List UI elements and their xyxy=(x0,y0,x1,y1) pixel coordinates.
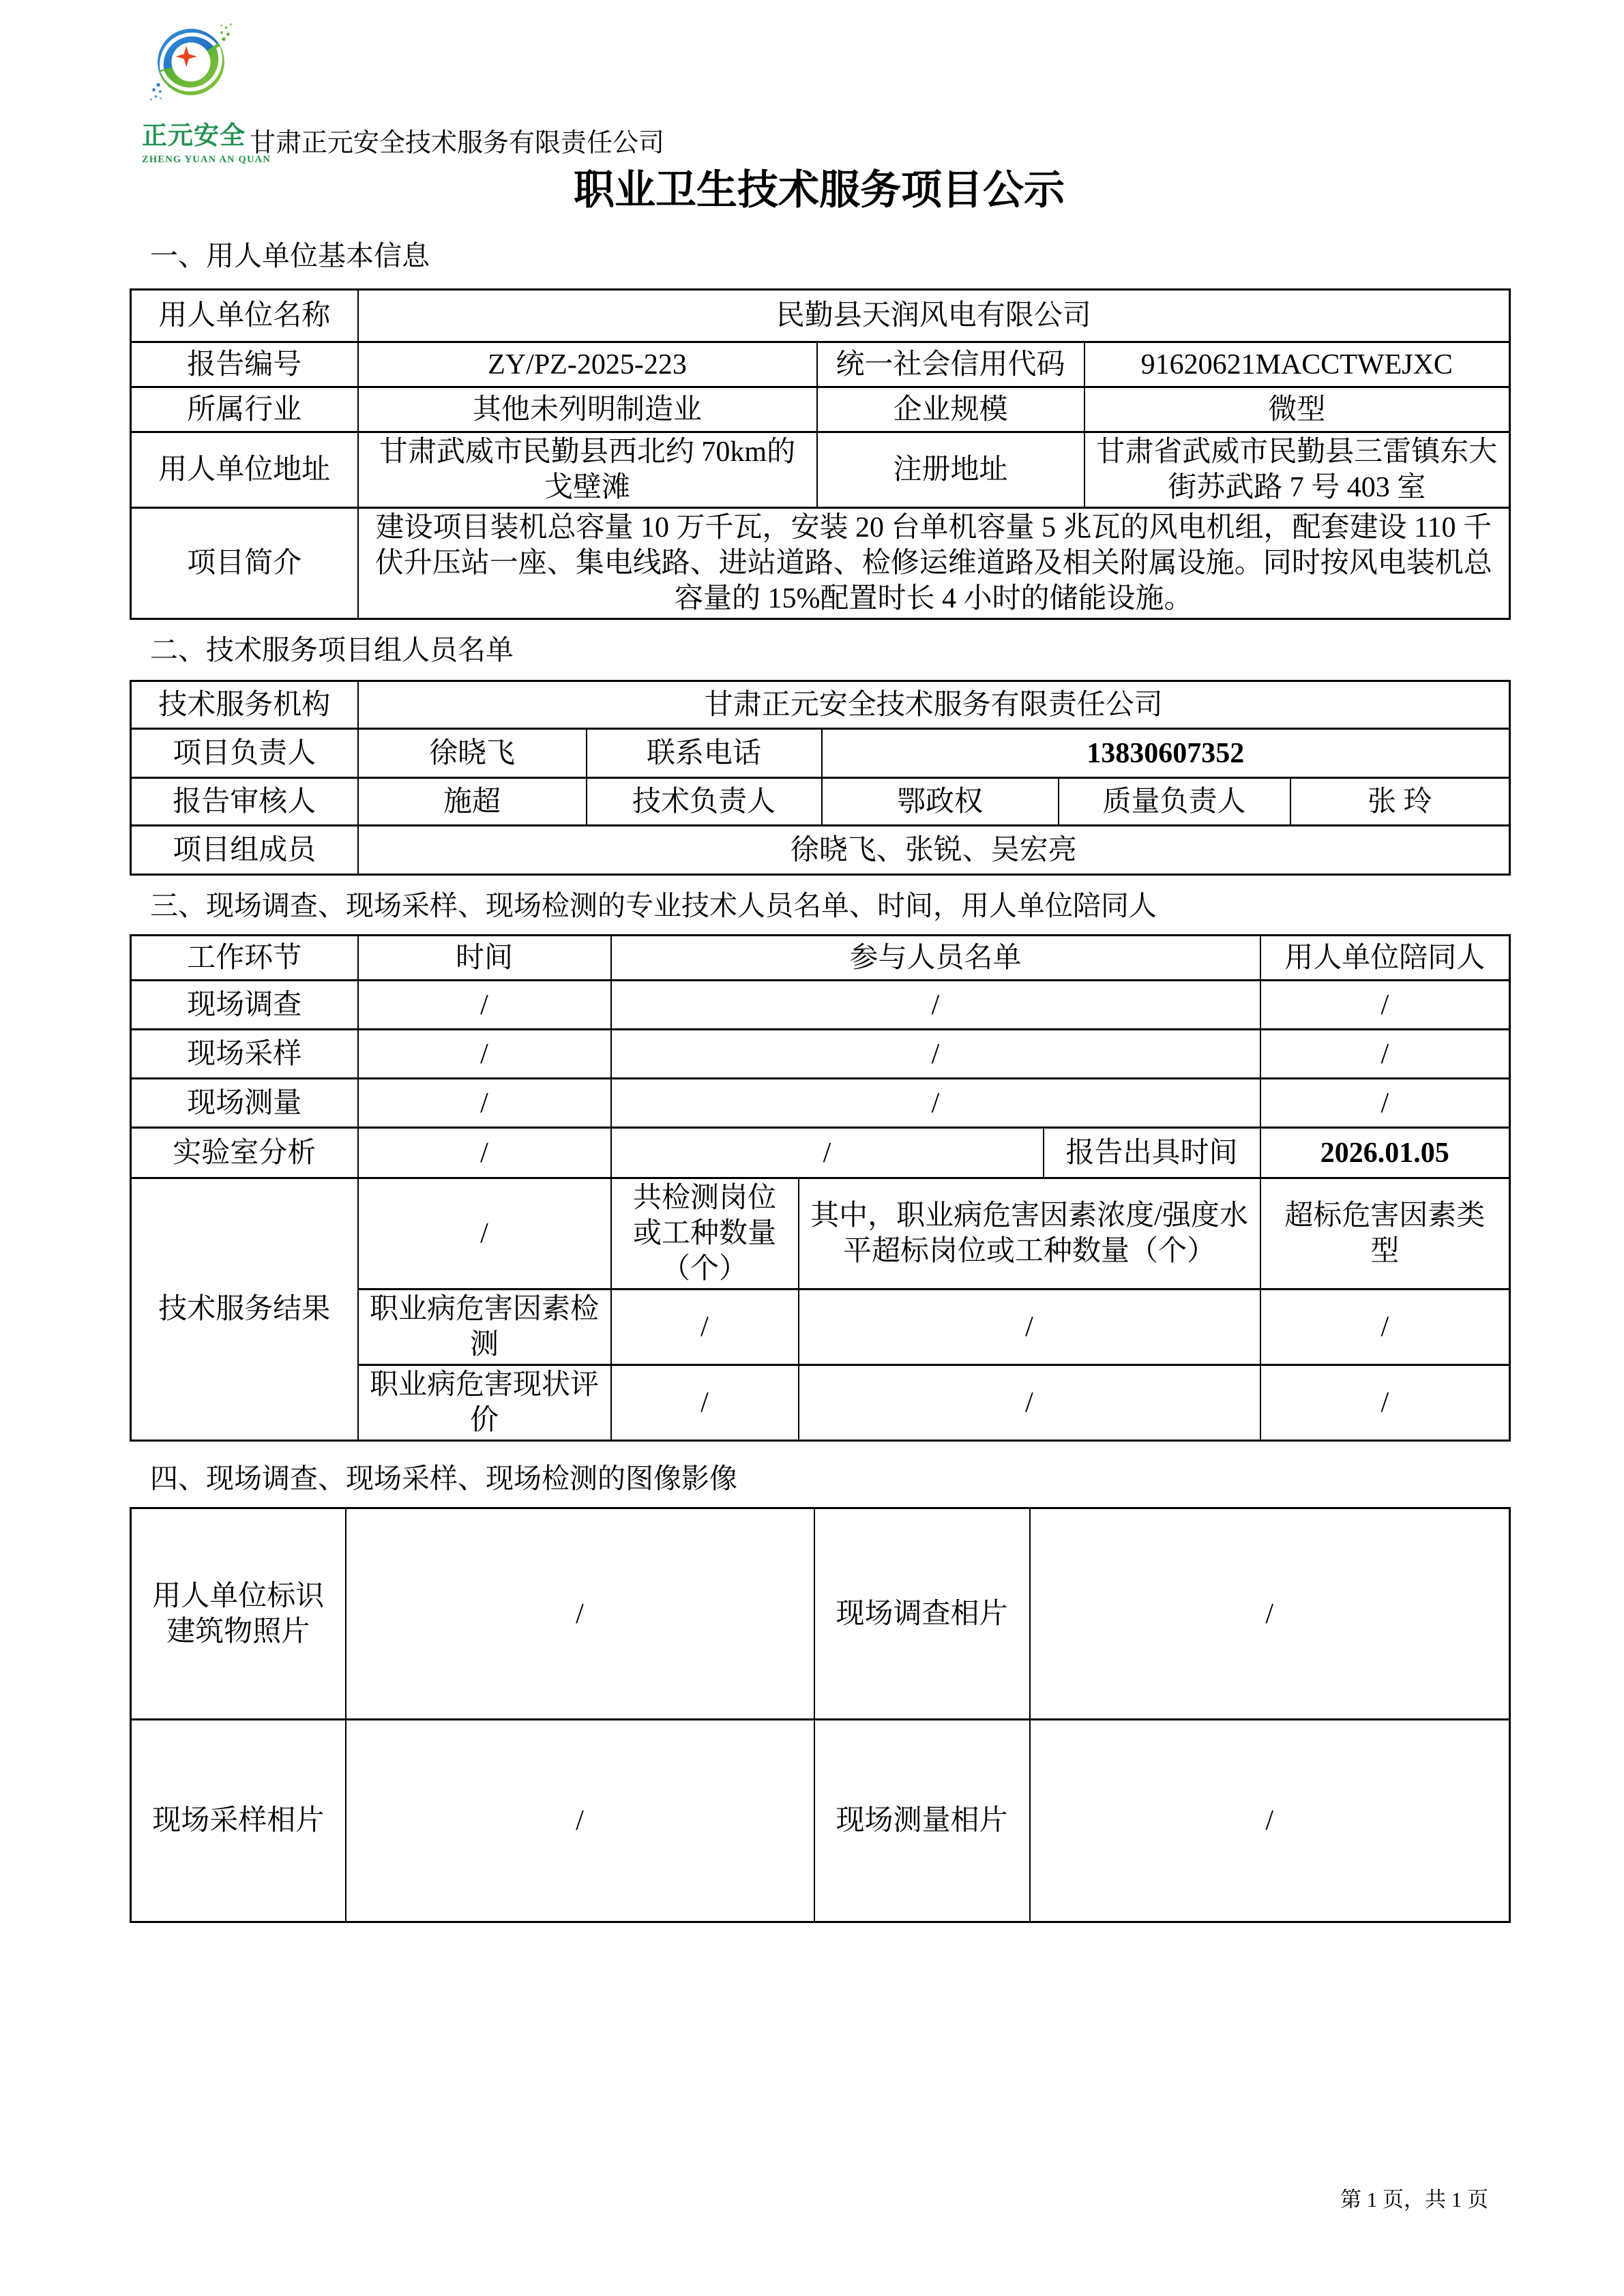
building-photo-label: 用人单位标识建筑物照片 xyxy=(131,1508,346,1720)
section-heading-basic-info: 一、用人单位基本信息 xyxy=(130,239,1509,273)
credit-code-value: 91620621MACCTWEJXC xyxy=(1084,342,1510,387)
report-no-label: 报告编号 xyxy=(131,342,358,387)
phone-value: 13830607352 xyxy=(822,729,1510,778)
sampling-photo-label: 现场采样相片 xyxy=(131,1720,346,1922)
employer-name-label: 用人单位名称 xyxy=(131,290,358,342)
table-row: 现场调查 / / / xyxy=(131,981,1510,1030)
logo-subtext: ZHENG YUAN AN QUAN xyxy=(142,154,251,166)
building-photo-value: / xyxy=(346,1508,814,1720)
team-members-label: 项目组成员 xyxy=(131,826,358,875)
work-step-header: 工作环节 xyxy=(131,936,358,981)
table-row: 技术服务机构 甘肃正元安全技术服务有限责任公司 xyxy=(131,681,1510,729)
document-page: 正元安全 ZHENG YUAN AN QUAN 甘肃正元安全技术服务有限责任公司… xyxy=(0,0,1624,2296)
time-header: 时间 xyxy=(358,936,611,981)
result-slash: / xyxy=(358,1178,611,1289)
hazard-detect-type: / xyxy=(1260,1289,1510,1365)
table-row: 项目简介 建设项目装机总容量 10 万千瓦，安装 20 台单机容量 5 兆瓦的风… xyxy=(131,508,1510,619)
survey-photo-value: / xyxy=(1030,1508,1510,1720)
page-title: 职业卫生技术服务项目公示 xyxy=(130,168,1509,213)
survey-time: / xyxy=(358,981,611,1030)
sampling-participants: / xyxy=(611,1030,1260,1079)
escort-header: 用人单位陪同人 xyxy=(1260,936,1510,981)
table-row: 技术服务结果 / 共检测岗位或工种数量（个） 其中，职业病危害因素浓度/强度水平… xyxy=(131,1178,1510,1289)
hazard-detect-count: / xyxy=(611,1289,799,1365)
survey-photo-label: 现场调查相片 xyxy=(814,1508,1030,1720)
table-row: 项目组成员 徐晓飞、张锐、吴宏亮 xyxy=(131,826,1510,875)
industry-label: 所属行业 xyxy=(131,387,358,432)
section-heading-fieldwork: 三、现场调查、现场采样、现场检测的专业技术人员名单、时间，用人单位陪同人 xyxy=(130,889,1509,923)
exceed-type-header: 超标危害因素类型 xyxy=(1260,1178,1510,1289)
report-date-label: 报告出具时间 xyxy=(1044,1128,1260,1178)
exceed-count-header: 其中，职业病危害因素浓度/强度水平超标岗位或工种数量（个） xyxy=(799,1178,1260,1289)
table-row: 现场测量 / / / xyxy=(131,1079,1510,1128)
industry-value: 其他未列明制造业 xyxy=(358,387,817,432)
measure-escort: / xyxy=(1260,1079,1510,1128)
table-row: 用人单位标识建筑物照片 / 现场调查相片 / xyxy=(131,1508,1510,1720)
table-header-row: 工作环节 时间 参与人员名单 用人单位陪同人 xyxy=(131,936,1510,981)
participants-header: 参与人员名单 xyxy=(611,936,1260,981)
lab-label: 实验室分析 xyxy=(131,1128,358,1178)
table-row: 现场采样相片 / 现场测量相片 / xyxy=(131,1720,1510,1922)
table-row: 报告审核人 施超 技术负责人 鄂政权 质量负责人 张 玲 xyxy=(131,778,1510,826)
hazard-eval-exceed: / xyxy=(799,1365,1260,1441)
sampling-label: 现场采样 xyxy=(131,1030,358,1079)
survey-escort: / xyxy=(1260,981,1510,1030)
table-row: 报告编号 ZY/PZ-2025-223 统一社会信用代码 91620621MAC… xyxy=(131,342,1510,387)
table-row: 用人单位名称 民勤县天润风电有限公司 xyxy=(131,290,1510,342)
table-row: 实验室分析 / / 报告出具时间 2026.01.05 xyxy=(131,1128,1510,1178)
hazard-eval-label: 职业病危害现状评价 xyxy=(358,1365,611,1441)
hazard-eval-count: / xyxy=(611,1365,799,1441)
employer-address-label: 用人单位地址 xyxy=(131,432,358,508)
section-heading-images: 四、现场调查、现场采样、现场检测的图像影像 xyxy=(130,1461,1509,1495)
project-summary-value: 建设项目装机总容量 10 万千瓦，安装 20 台单机容量 5 兆瓦的风电机组，配… xyxy=(358,508,1510,619)
section-heading-team: 二、技术服务项目组人员名单 xyxy=(130,633,1509,667)
table-row: 用人单位地址 甘肃武威市民勤县西北约 70km的戈壁滩 注册地址 甘肃省武威市民… xyxy=(131,432,1510,508)
measure-photo-value: / xyxy=(1030,1720,1510,1922)
hazard-eval-type: / xyxy=(1260,1365,1510,1441)
images-table: 用人单位标识建筑物照片 / 现场调查相片 / 现场采样相片 / 现场测量相片 / xyxy=(130,1507,1511,1923)
team-table: 技术服务机构 甘肃正元安全技术服务有限责任公司 项目负责人 徐晓飞 联系电话 1… xyxy=(130,680,1511,876)
star-icon xyxy=(176,46,197,67)
employer-address-value: 甘肃武威市民勤县西北约 70km的戈壁滩 xyxy=(358,432,817,508)
tech-leader-label: 技术负责人 xyxy=(587,778,822,826)
report-reviewer-label: 报告审核人 xyxy=(131,778,358,826)
measure-time: / xyxy=(358,1079,611,1128)
quality-leader-value: 张 玲 xyxy=(1290,778,1510,826)
team-members-value: 徐晓飞、张锐、吴宏亮 xyxy=(358,826,1510,875)
scale-value: 微型 xyxy=(1084,387,1510,432)
service-org-value: 甘肃正元安全技术服务有限责任公司 xyxy=(358,681,1510,729)
company-logo: 正元安全 ZHENG YUAN AN QUAN xyxy=(142,16,251,166)
report-reviewer-value: 施超 xyxy=(358,778,587,826)
detected-count-header: 共检测岗位或工种数量（个） xyxy=(611,1178,799,1289)
measure-label: 现场测量 xyxy=(131,1079,358,1128)
company-name: 甘肃正元安全技术服务有限责任公司 xyxy=(250,127,664,160)
measure-participants: / xyxy=(611,1079,1260,1128)
lab-participants: / xyxy=(611,1128,1044,1178)
sampling-photo-value: / xyxy=(346,1720,814,1922)
report-date-value: 2026.01.05 xyxy=(1260,1128,1510,1178)
scale-label: 企业规模 xyxy=(817,387,1084,432)
fieldwork-table: 工作环节 时间 参与人员名单 用人单位陪同人 现场调查 / / / 现场采样 /… xyxy=(130,934,1511,1442)
basic-info-table: 用人单位名称 民勤县天润风电有限公司 报告编号 ZY/PZ-2025-223 统… xyxy=(130,288,1511,620)
sampling-time: / xyxy=(358,1030,611,1079)
quality-leader-label: 质量负责人 xyxy=(1059,778,1290,826)
measure-photo-label: 现场测量相片 xyxy=(814,1720,1030,1922)
tech-leader-value: 鄂政权 xyxy=(822,778,1059,826)
project-summary-label: 项目简介 xyxy=(131,508,358,619)
lab-time: / xyxy=(358,1128,611,1178)
survey-participants: / xyxy=(611,981,1260,1030)
project-leader-label: 项目负责人 xyxy=(131,729,358,778)
table-row: 现场采样 / / / xyxy=(131,1030,1510,1079)
company-logo-icon xyxy=(145,16,237,113)
service-result-label: 技术服务结果 xyxy=(131,1178,358,1441)
phone-label: 联系电话 xyxy=(587,729,822,778)
credit-code-label: 统一社会信用代码 xyxy=(817,342,1084,387)
hazard-detect-label: 职业病危害因素检测 xyxy=(358,1289,611,1365)
hazard-detect-exceed: / xyxy=(799,1289,1260,1365)
page-number: 第 1 页，共 1 页 xyxy=(130,2182,1509,2213)
employer-name-value: 民勤县天润风电有限公司 xyxy=(358,290,1510,342)
logo-text: 正元安全 xyxy=(142,115,251,151)
survey-label: 现场调查 xyxy=(131,981,358,1030)
table-row: 项目负责人 徐晓飞 联系电话 13830607352 xyxy=(131,729,1510,778)
registered-address-label: 注册地址 xyxy=(817,432,1084,508)
report-no-value: ZY/PZ-2025-223 xyxy=(358,342,817,387)
table-row: 所属行业 其他未列明制造业 企业规模 微型 xyxy=(131,387,1510,432)
service-org-label: 技术服务机构 xyxy=(131,681,358,729)
registered-address-value: 甘肃省武威市民勤县三雷镇东大街苏武路 7 号 403 室 xyxy=(1084,432,1510,508)
sampling-escort: / xyxy=(1260,1030,1510,1079)
project-leader-value: 徐晓飞 xyxy=(358,729,587,778)
